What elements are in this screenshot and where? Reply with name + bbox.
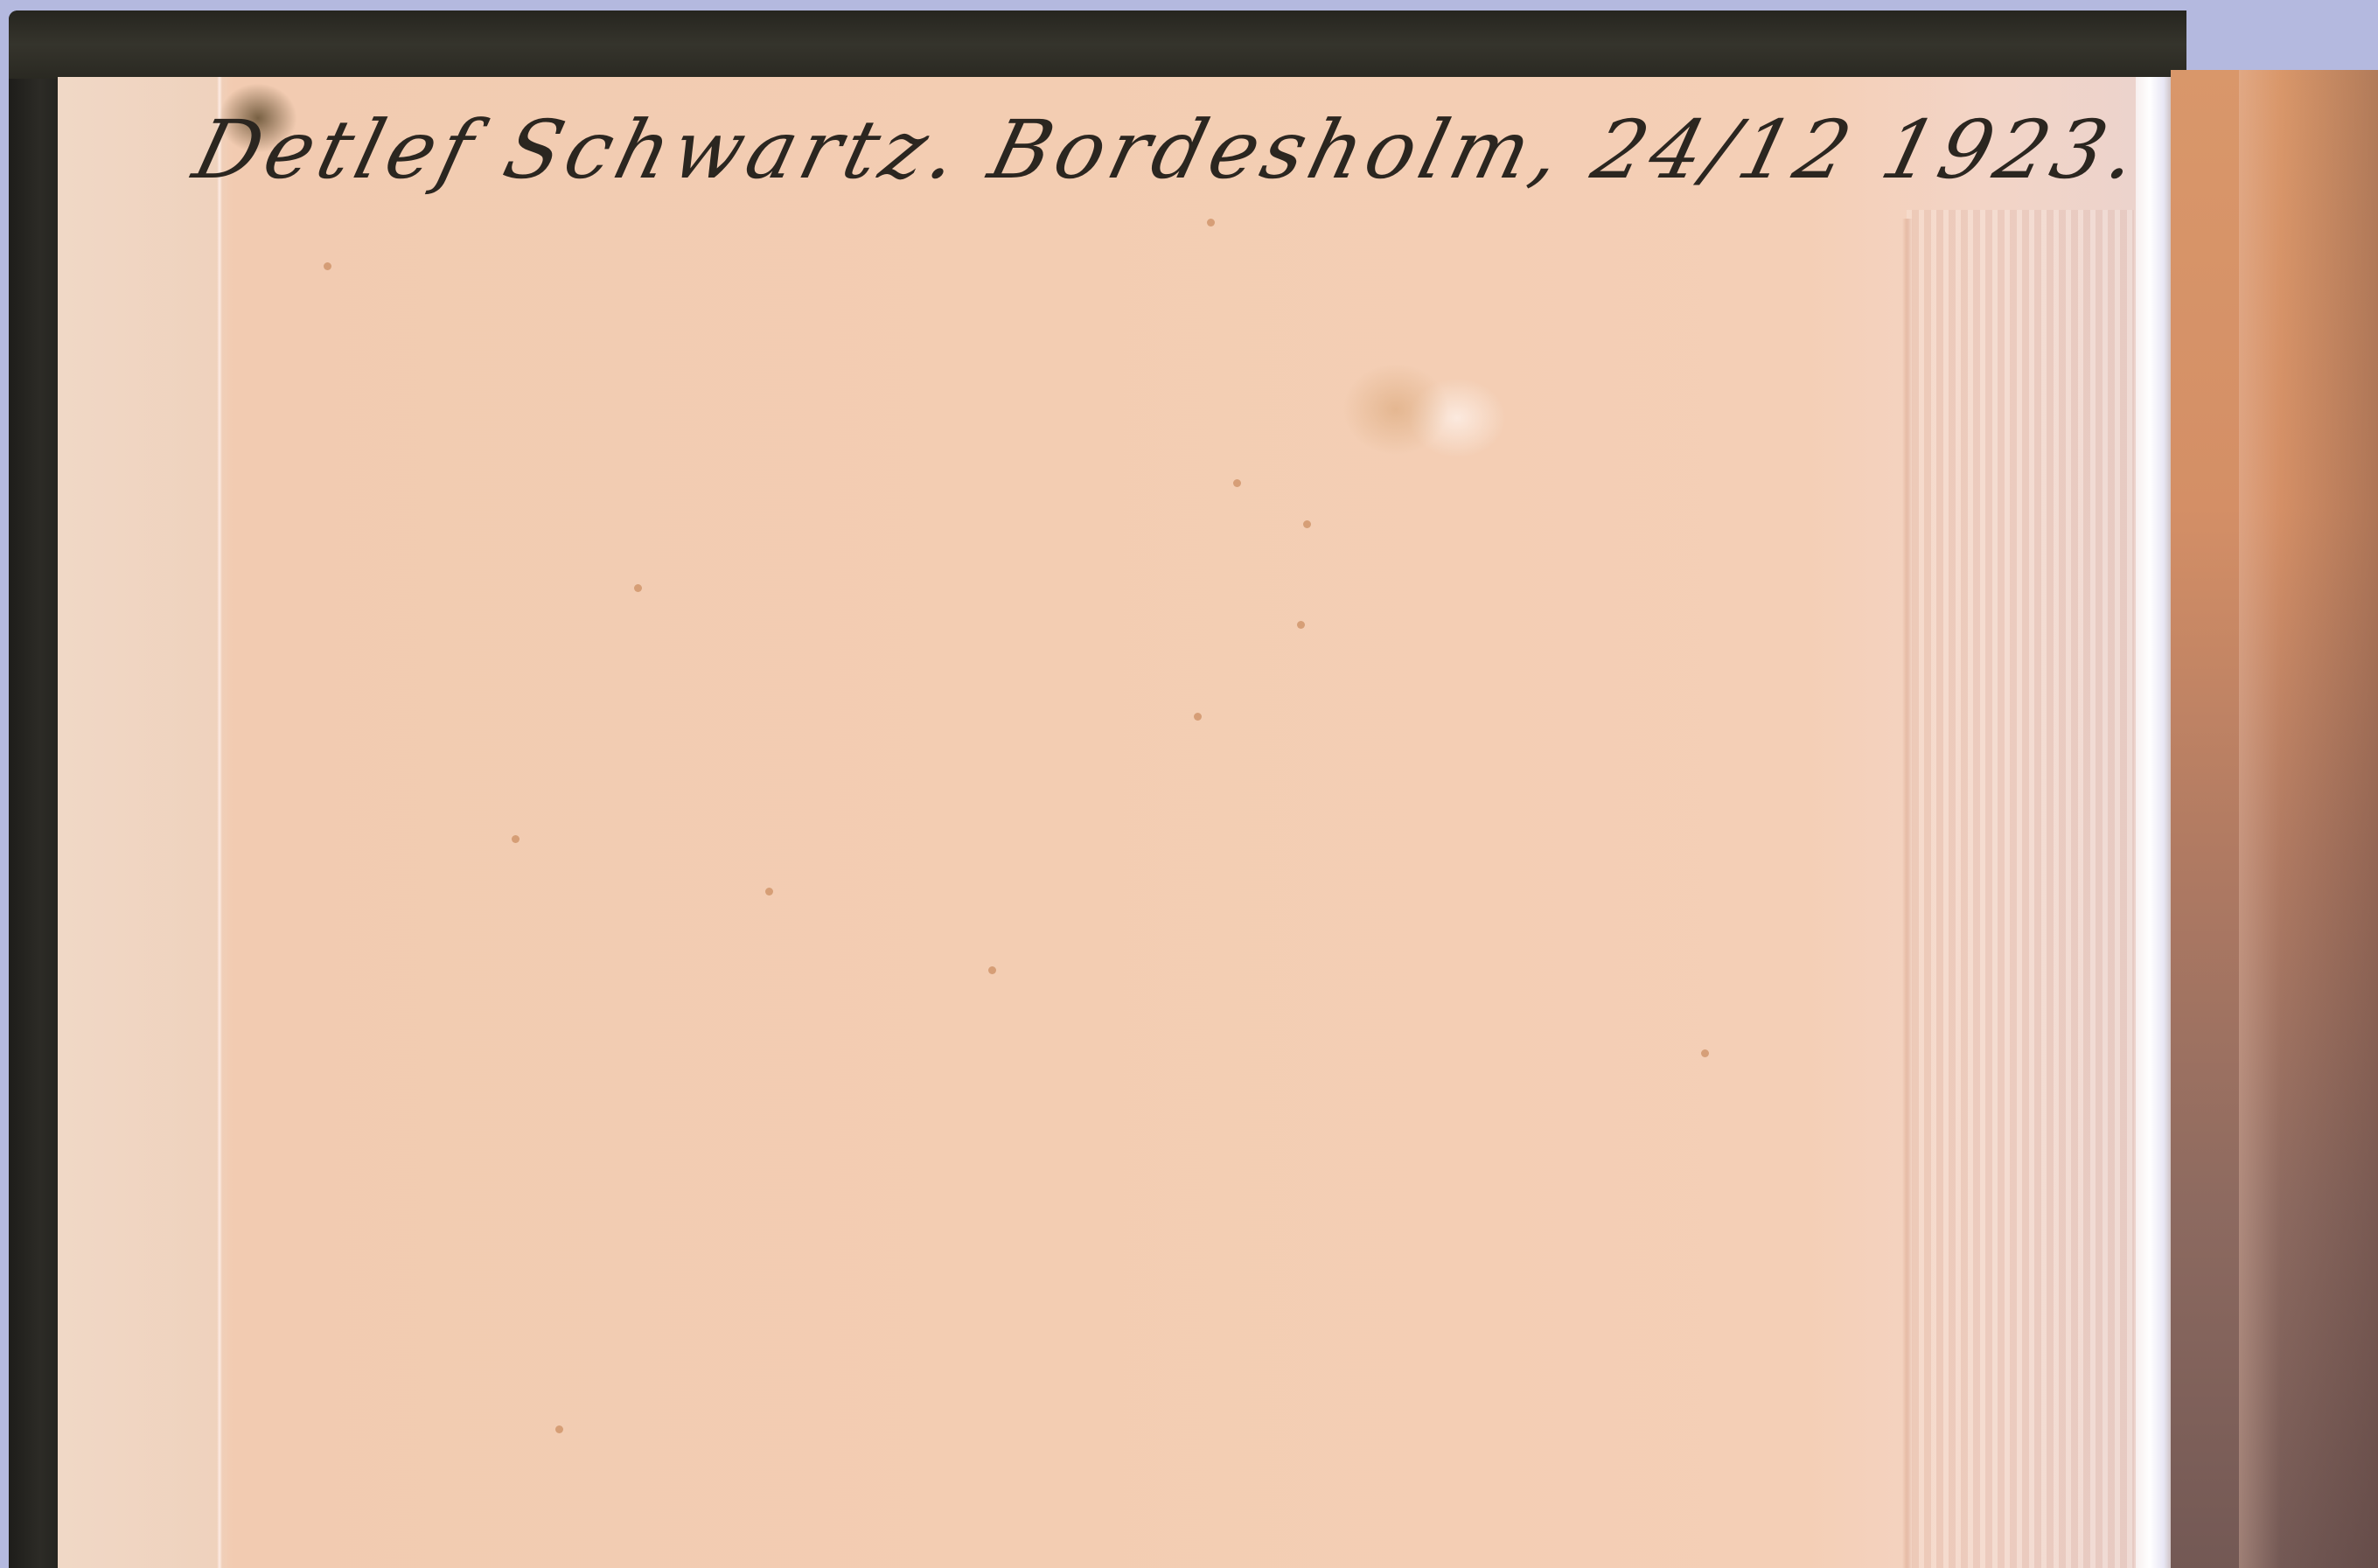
foxing-spot — [1303, 520, 1311, 528]
foxing-spot — [324, 262, 331, 270]
book-hinge — [2136, 77, 2171, 1568]
foxing-spot — [765, 888, 773, 896]
handwritten-inscription: Detlef Schwartz. Bordesholm, 24/12 1923. — [185, 103, 2133, 197]
textblock-page-edges — [1907, 210, 2134, 1568]
spine-shading — [2239, 70, 2378, 1568]
foxing-spot — [1194, 713, 1202, 721]
inscription-place: Bordesholm, — [980, 103, 1576, 197]
foxing-spot — [634, 584, 642, 592]
book-board-top-edge — [9, 10, 2186, 79]
foxing-spot — [1297, 621, 1305, 629]
inscription-name: Detlef Schwartz. — [185, 103, 973, 197]
page-edge-shadow — [1902, 219, 1913, 1568]
foxing-spot — [1233, 479, 1241, 487]
foxing-spot — [1701, 1049, 1709, 1057]
turn-in-fold-line — [217, 77, 222, 1568]
foxing-spot — [512, 835, 520, 843]
pastedown-endpaper — [58, 77, 2136, 1568]
foxing-spot — [1207, 219, 1215, 226]
book-board-left-edge — [9, 10, 61, 1568]
foxing-spot — [555, 1425, 563, 1433]
inscription-date: 24/12 1923. — [1584, 103, 2152, 197]
foxing-spot — [988, 966, 996, 974]
